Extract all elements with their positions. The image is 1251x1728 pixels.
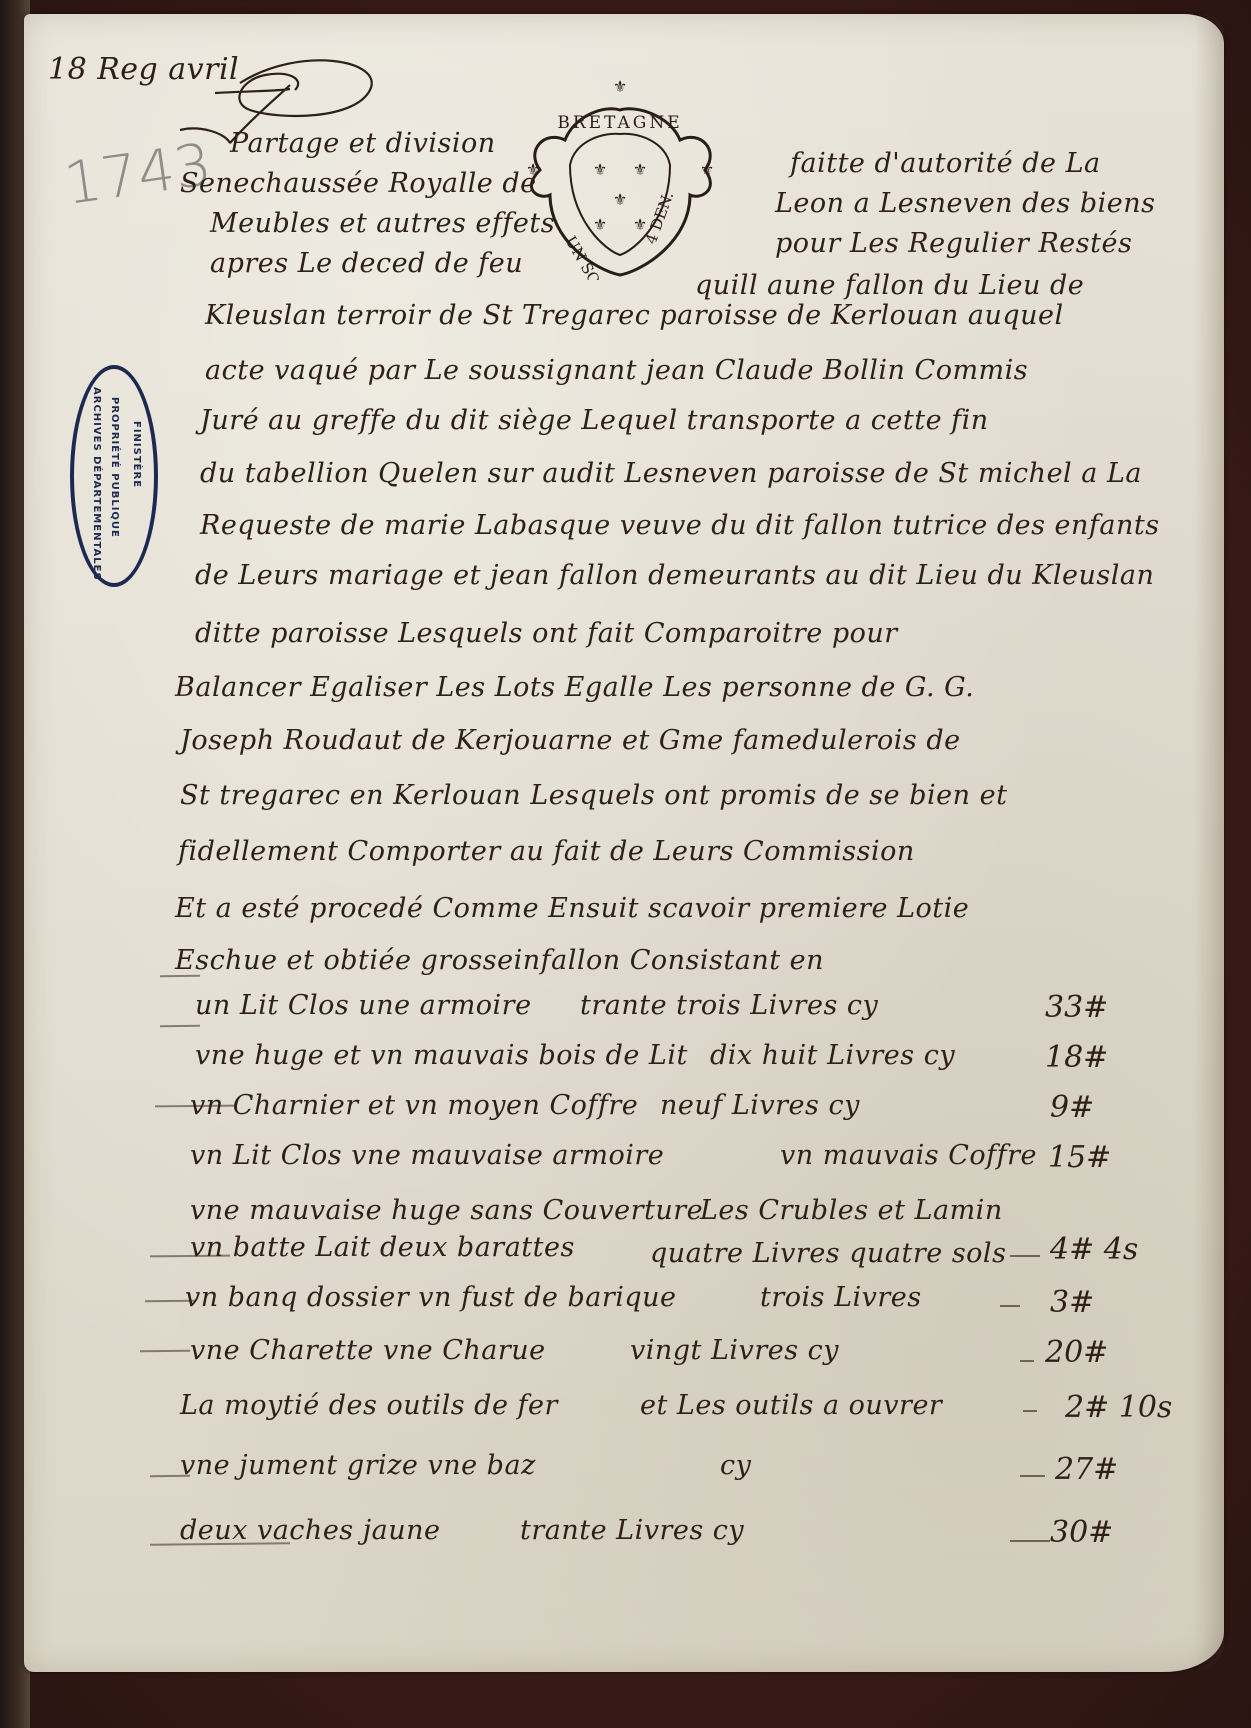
inventory-item: vne huge et vn mauvais bois de Lit (195, 1040, 688, 1071)
inventory-amount: 15# (1048, 1140, 1111, 1175)
inventory-item: La moytié des outils de fer (180, 1390, 558, 1421)
text-line: de Leurs mariage et jean fallon demeuran… (195, 560, 1154, 591)
text-line: Et a esté procedé Comme Ensuit scavoir p… (175, 893, 969, 924)
inventory-amount: 33# (1045, 990, 1108, 1025)
inventory-item: vn banq dossier vn fust de barique (185, 1282, 677, 1313)
inventory-amount: 3# (1050, 1285, 1094, 1320)
text-line: Juré au greffe du dit siège Lequel trans… (200, 405, 989, 436)
text-line: faitte d'autorité de La (790, 148, 1101, 179)
seal-top-text: BRETAGNE (557, 113, 682, 133)
inventory-item: vne mauvaise huge sans Couverture (190, 1195, 703, 1226)
svg-text:⚜: ⚜ (613, 77, 627, 96)
inventory-value-words: neuf Livres cy (660, 1090, 860, 1121)
leader-dash (1020, 1360, 1034, 1362)
text-line: Meubles et autres effets (210, 208, 555, 239)
text-line: fidellement Comporter au fait de Leurs C… (178, 836, 915, 867)
inventory-item: vne jument grize vne baz (180, 1450, 536, 1481)
row-rule (160, 1025, 200, 1027)
seal-left-text: UN SOL (562, 233, 609, 280)
text-line: acte vaqué par Le soussignant jean Claud… (205, 355, 1028, 386)
text-line: St tregarec en Kerlouan Lesquels ont pro… (180, 780, 1007, 811)
svg-text:⚜: ⚜ (613, 190, 627, 209)
leader-dash (1023, 1410, 1037, 1412)
text-line: Partage et division (230, 128, 496, 159)
text-line: apres Le deced de feu (210, 248, 523, 279)
inventory-value-words: cy (720, 1450, 751, 1481)
inventory-amount: 2# 10s (1065, 1390, 1172, 1425)
text-line: Joseph Roudaut de Kerjouarne et Gme fame… (180, 725, 961, 756)
leader-dash (1000, 1305, 1020, 1307)
inventory-value-words: et Les outils a ouvrer (640, 1390, 942, 1421)
inventory-amount: 18# (1045, 1040, 1108, 1075)
text-line: Balancer Egaliser Les Lots Egalle Les pe… (175, 672, 974, 703)
text-line: Eschue et obtiée grosseinfallon Consista… (175, 945, 824, 976)
stamp-line-3: FINISTÈRE (131, 421, 142, 488)
inventory-value-words: trois Livres (760, 1282, 922, 1313)
leader-dash (1010, 1540, 1050, 1542)
page-edge-shadow (1194, 14, 1224, 1672)
inventory-item: un Lit Clos une armoire (195, 990, 532, 1021)
text-line: ditte paroisse Lesquels ont fait Comparo… (195, 618, 898, 649)
inventory-value-words: trante Livres cy (520, 1515, 744, 1546)
text-line: Senechaussée Royalle de (180, 168, 537, 199)
svg-text:⚜: ⚜ (633, 215, 647, 234)
row-rule (160, 975, 200, 977)
inventory-value-words: vn mauvais Coffre (780, 1140, 1037, 1171)
inventory-amount: 20# (1045, 1335, 1108, 1370)
text-line: Leon a Lesneven des biens (775, 188, 1156, 219)
text-line: Requeste de marie Labasque veuve du dit … (200, 510, 1160, 541)
svg-text:⚜: ⚜ (700, 160, 714, 179)
inventory-value-words: trante trois Livres cy (580, 990, 878, 1021)
bretagne-tax-seal: BRETAGNE UN SOL 4 DEN. ⚜ ⚜ ⚜ ⚜ ⚜ ⚜ ⚜ ⚜ (505, 70, 735, 280)
leader-dash (1010, 1255, 1040, 1257)
inventory-amount: 30# (1050, 1515, 1113, 1550)
text-line: du tabellion Quelen sur audit Lesneven p… (200, 458, 1142, 489)
text-line: pour Les Regulier Restés (775, 228, 1132, 259)
text-line: Kleuslan terroir de St Tregarec paroisse… (205, 300, 1064, 331)
leader-dash (1020, 1475, 1045, 1477)
inventory-amount: 4# 4s (1050, 1232, 1138, 1267)
svg-text:⚜: ⚜ (593, 215, 607, 234)
inventory-item: vn batte Lait deux barattes (190, 1232, 575, 1263)
svg-text:⚜: ⚜ (633, 160, 647, 179)
inventory-item: vne Charette vne Charue (190, 1335, 546, 1366)
inventory-item: deux vaches jaune (180, 1515, 440, 1546)
inventory-item: vn Charnier et vn moyen Coffre (190, 1090, 638, 1121)
inventory-amount: 27# (1055, 1452, 1118, 1487)
stamp-line-2: PROPRIÉTÉ PUBLIQUE (109, 397, 120, 538)
stamp-line-1: ARCHIVES DÉPARTEMENTALES (91, 387, 102, 581)
text-line: quill aune fallon du Lieu de (695, 270, 1084, 301)
inventory-value-words: quatre Livres quatre sols (650, 1238, 1006, 1269)
inventory-item: vn Lit Clos vne mauvaise armoire (190, 1140, 664, 1171)
inventory-value-words: Les Crubles et Lamin (700, 1195, 1003, 1226)
svg-text:⚜: ⚜ (593, 160, 607, 179)
archives-finistere-stamp: ARCHIVES DÉPARTEMENTALES PROPRIÉTÉ PUBLI… (70, 365, 158, 587)
inventory-value-words: vingt Livres cy (630, 1335, 839, 1366)
inventory-amount: 9# (1050, 1090, 1094, 1125)
inventory-value-words: dix huit Livres cy (710, 1040, 955, 1071)
